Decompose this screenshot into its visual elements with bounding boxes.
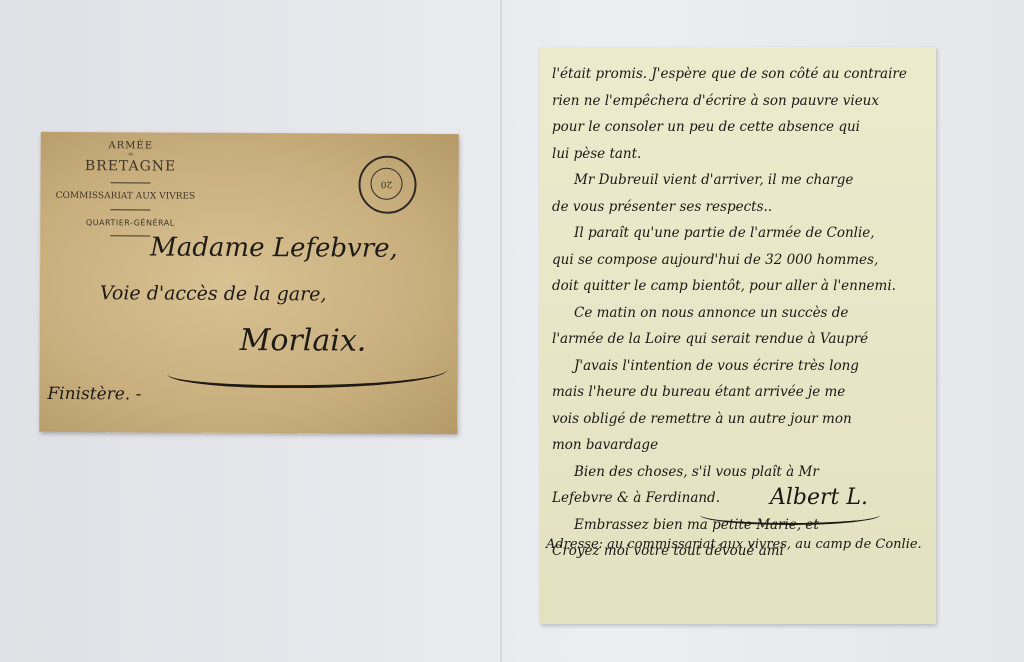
letter-line: de vous présenter ses respects.. (552, 194, 926, 221)
envelope-city: Morlaix. (240, 323, 367, 359)
letter-line: l'était promis. J'espère que de son côté… (552, 61, 926, 88)
letterhead-armee: ARMÉE (61, 140, 201, 152)
envelope-street: Voie d'accès de la gare, (100, 282, 327, 305)
letterhead-divider (110, 209, 150, 210)
postmark-stamp: 20 (358, 156, 416, 214)
letterhead-commissariat: COMMISSARIAT AUX VIVRES (50, 191, 200, 202)
letterhead-divider (111, 182, 151, 183)
postmark-date: 20 (370, 168, 402, 200)
envelope-recipient: Madame Lefebvre, (150, 232, 398, 263)
letter-line: mais l'heure du bureau étant arrivée je … (552, 379, 926, 406)
letter-line: Mr Dubreuil vient d'arriver, il me charg… (552, 167, 926, 194)
handwritten-letter: l'était promis. J'espère que de son côté… (540, 47, 936, 624)
letter-body: l'était promis. J'espère que de son côté… (552, 61, 926, 565)
letter-line: Ce matin on nous annonce un succès de (552, 300, 926, 327)
letter-line: vois obligé de remettre à un autre jour … (552, 406, 926, 433)
signature-flourish (700, 505, 880, 525)
letter-line: mon bavardage (552, 432, 926, 459)
envelope-department: Finistère. - (47, 384, 141, 404)
letterhead-divider (110, 235, 150, 236)
letter-line: qui se compose aujourd'hui de 32 000 hom… (552, 247, 926, 274)
envelope-flourish (167, 355, 447, 389)
letterhead-bretagne: BRETAGNE (61, 158, 201, 175)
letterhead-de: de (61, 151, 201, 157)
background-shadow (500, 0, 502, 662)
letter-line: lui pèse tant. (552, 141, 926, 168)
letter-line: Il paraît qu'une partie de l'armée de Co… (552, 220, 926, 247)
envelope: ARMÉE de BRETAGNE COMMISSARIAT AUX VIVRE… (39, 132, 459, 434)
letter-line: l'armée de la Loire qui serait rendue à … (552, 326, 926, 353)
envelope-letterhead: ARMÉE de BRETAGNE COMMISSARIAT AUX VIVRE… (60, 140, 201, 245)
letter-address-note: Adresse: au commissariat aux vivres, au … (546, 537, 922, 552)
letter-line: Bien des choses, s'il vous plaît à Mr (552, 459, 926, 486)
letterhead-quartier-general: QUARTIER-GÉNÉRAL (60, 218, 200, 228)
letter-line: doit quitter le camp bientôt, pour aller… (552, 273, 926, 300)
letter-line: rien ne l'empêchera d'écrire à son pauvr… (552, 88, 926, 115)
letter-line: pour le consoler un peu de cette absence… (552, 114, 926, 141)
letter-line: J'avais l'intention de vous écrire très … (552, 353, 926, 380)
